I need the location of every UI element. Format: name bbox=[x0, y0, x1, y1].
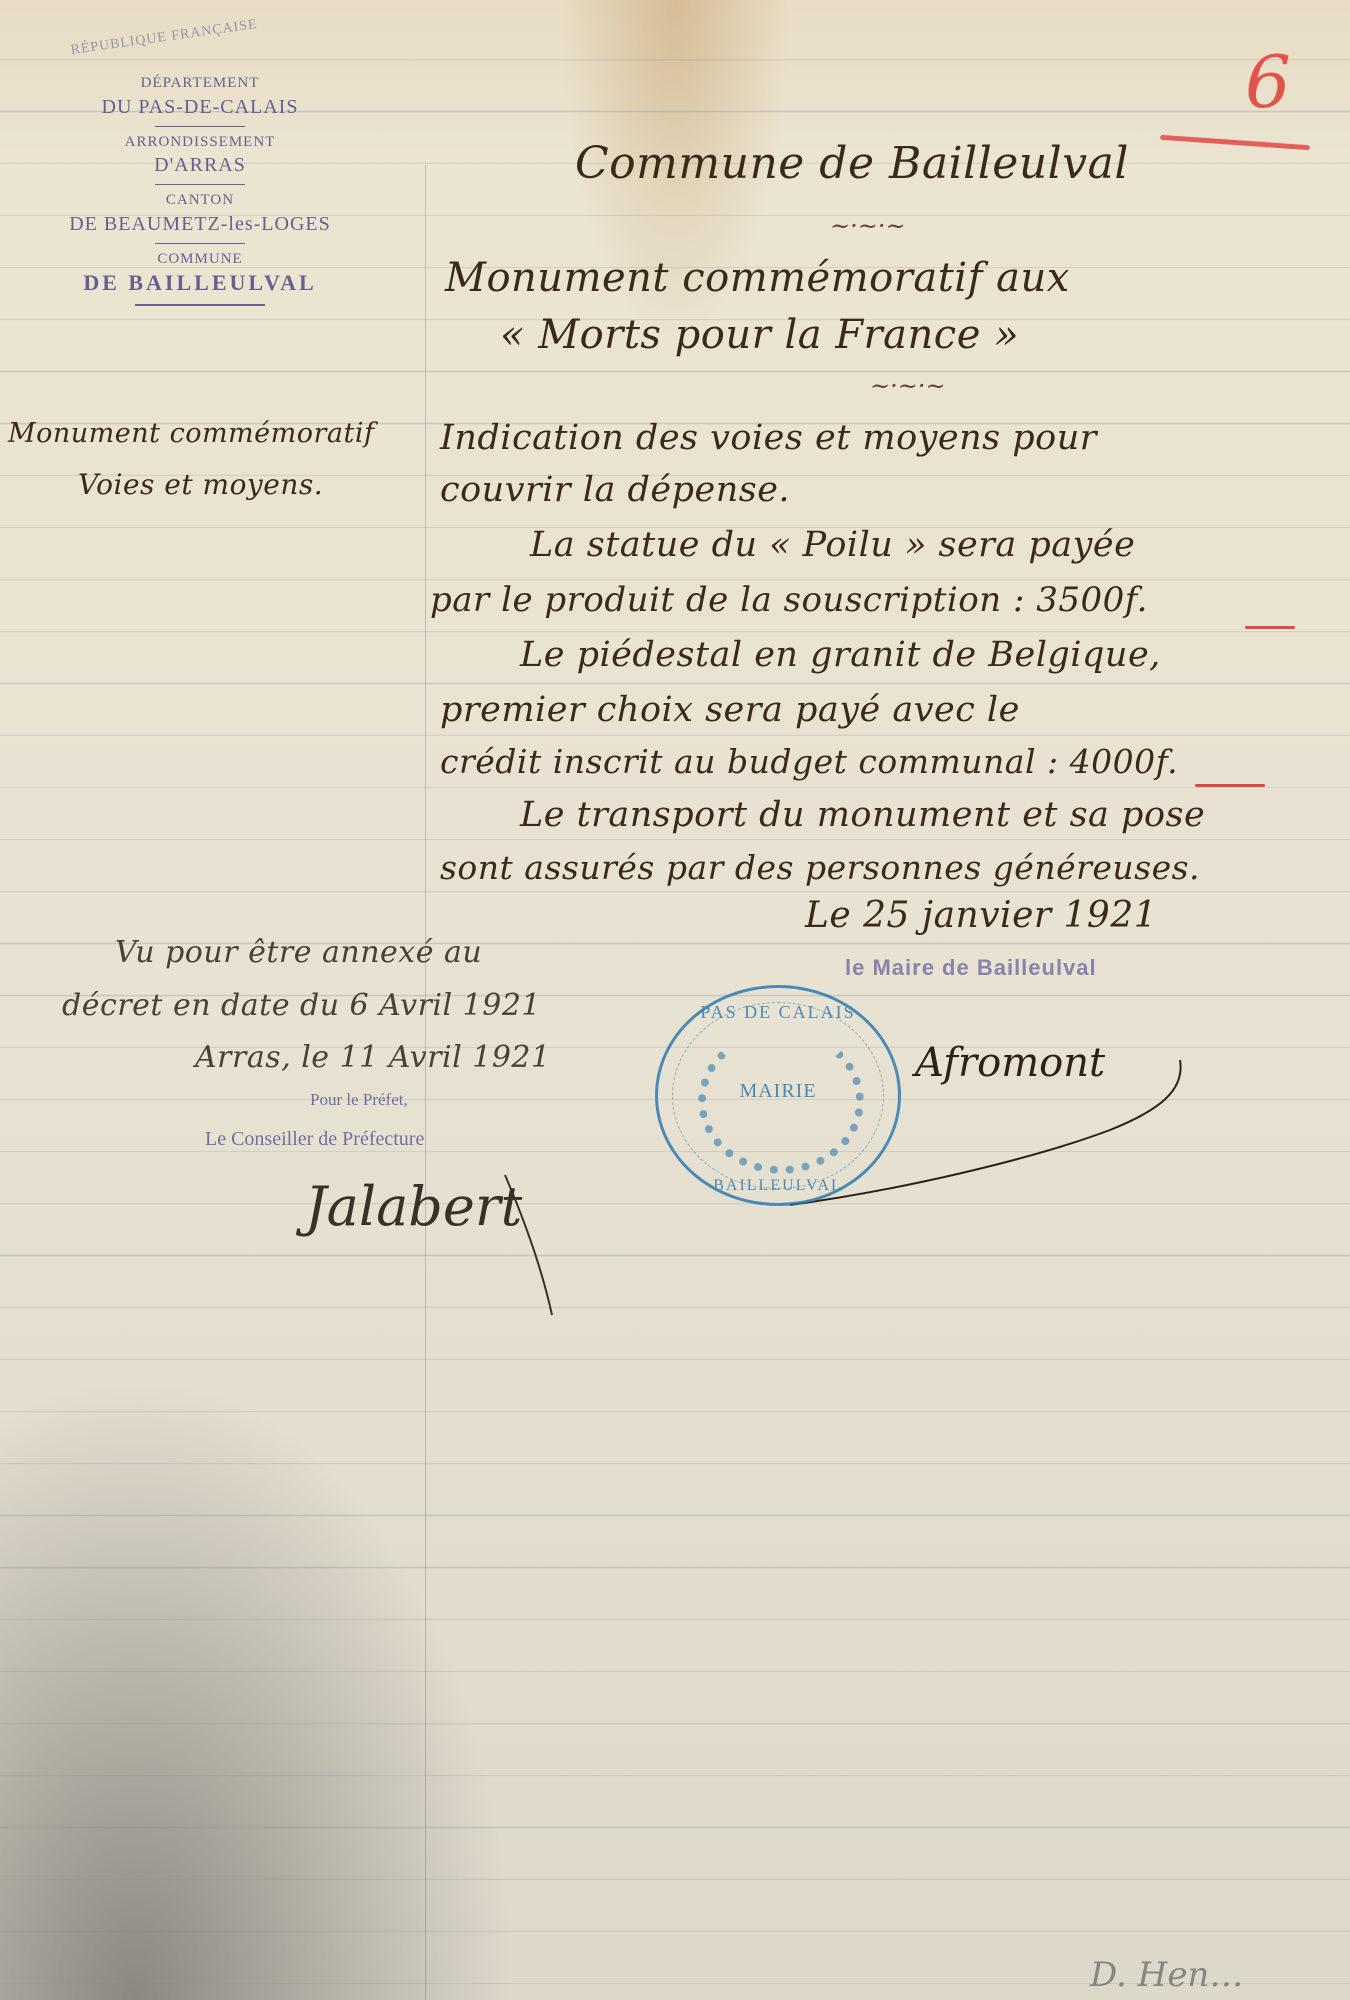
margin-note-line1: Monument commémoratif bbox=[8, 418, 374, 449]
subject-line2: « Morts pour la France » bbox=[500, 312, 1019, 358]
body-line: crédit inscrit au budget communal : 4000… bbox=[440, 742, 1178, 781]
subject-line1: Monument commémoratif aux bbox=[445, 255, 1070, 301]
body-line: couvrir la dépense. bbox=[440, 470, 790, 510]
folio-number: 6 bbox=[1245, 40, 1291, 124]
margin-line bbox=[425, 165, 426, 2000]
mayor-stamp: le Maire de Bailleulval bbox=[845, 955, 1097, 981]
commune-label: COMMUNE bbox=[40, 250, 360, 270]
prefecture-note-line2: décret en date du 6 Avril 1921 bbox=[62, 988, 541, 1023]
departement-label: DÉPARTEMENT bbox=[40, 74, 360, 94]
date-line: Le 25 janvier 1921 bbox=[805, 895, 1157, 936]
seal-bottom-text: BAILLEULVAL bbox=[658, 1177, 898, 1195]
canton-name: DE BEAUMETZ-les-LOGES bbox=[40, 211, 360, 237]
header-stamp: RÉPUBLIQUE FRANÇAISE DÉPARTEMENT DU PAS-… bbox=[40, 30, 360, 312]
divider bbox=[135, 304, 265, 306]
body-line: sont assurés par des personnes généreuse… bbox=[440, 848, 1200, 887]
signature-stroke bbox=[500, 1170, 560, 1320]
margin-note-line2: Voies et moyens. bbox=[78, 468, 323, 501]
body-line: Le transport du monument et sa pose bbox=[520, 795, 1205, 835]
body-line: par le produit de la souscription : 3500… bbox=[430, 580, 1148, 620]
pencil-annotation: D. Hen… bbox=[1090, 1955, 1243, 1995]
prefecture-note-line3: Arras, le 11 Avril 1921 bbox=[195, 1040, 551, 1075]
arrondissement-name: D'ARRAS bbox=[40, 152, 360, 178]
red-underline-3500 bbox=[1245, 626, 1295, 629]
divider bbox=[155, 243, 245, 244]
commune-name: DE BAILLEULVAL bbox=[40, 269, 360, 298]
ornament: ~·~·~ bbox=[870, 372, 946, 400]
divider bbox=[155, 126, 245, 127]
red-underline-4000 bbox=[1195, 784, 1265, 787]
prefet-signature: Jalabert bbox=[305, 1175, 522, 1238]
body-line: Indication des voies et moyens pour bbox=[440, 418, 1097, 458]
mairie-seal: PAS DE CALAIS MAIRIE BAILLEULVAL bbox=[655, 985, 901, 1206]
body-line: premier choix sera payé avec le bbox=[440, 690, 1020, 730]
commune-title: Commune de Bailleulval bbox=[575, 138, 1129, 189]
seal-center-text: MAIRIE bbox=[658, 1080, 898, 1103]
arrondissement-label: ARRONDISSEMENT bbox=[40, 133, 360, 153]
body-line: La statue du « Poilu » sera payée bbox=[530, 525, 1135, 565]
divider bbox=[155, 184, 245, 185]
departement-name: DU PAS-DE-CALAIS bbox=[40, 94, 360, 120]
canton-label: CANTON bbox=[40, 191, 360, 211]
prefecture-note-line1: Vu pour être annexé au bbox=[115, 935, 482, 970]
body-line: Le piédestal en granit de Belgique, bbox=[520, 635, 1161, 675]
seal-top-text: PAS DE CALAIS bbox=[658, 1002, 898, 1023]
prefet-stamp-line1: Pour le Préfet, bbox=[310, 1090, 408, 1110]
ornament: ~·~·~ bbox=[830, 212, 906, 240]
prefet-stamp-line2: Le Conseiller de Préfecture bbox=[205, 1128, 424, 1151]
